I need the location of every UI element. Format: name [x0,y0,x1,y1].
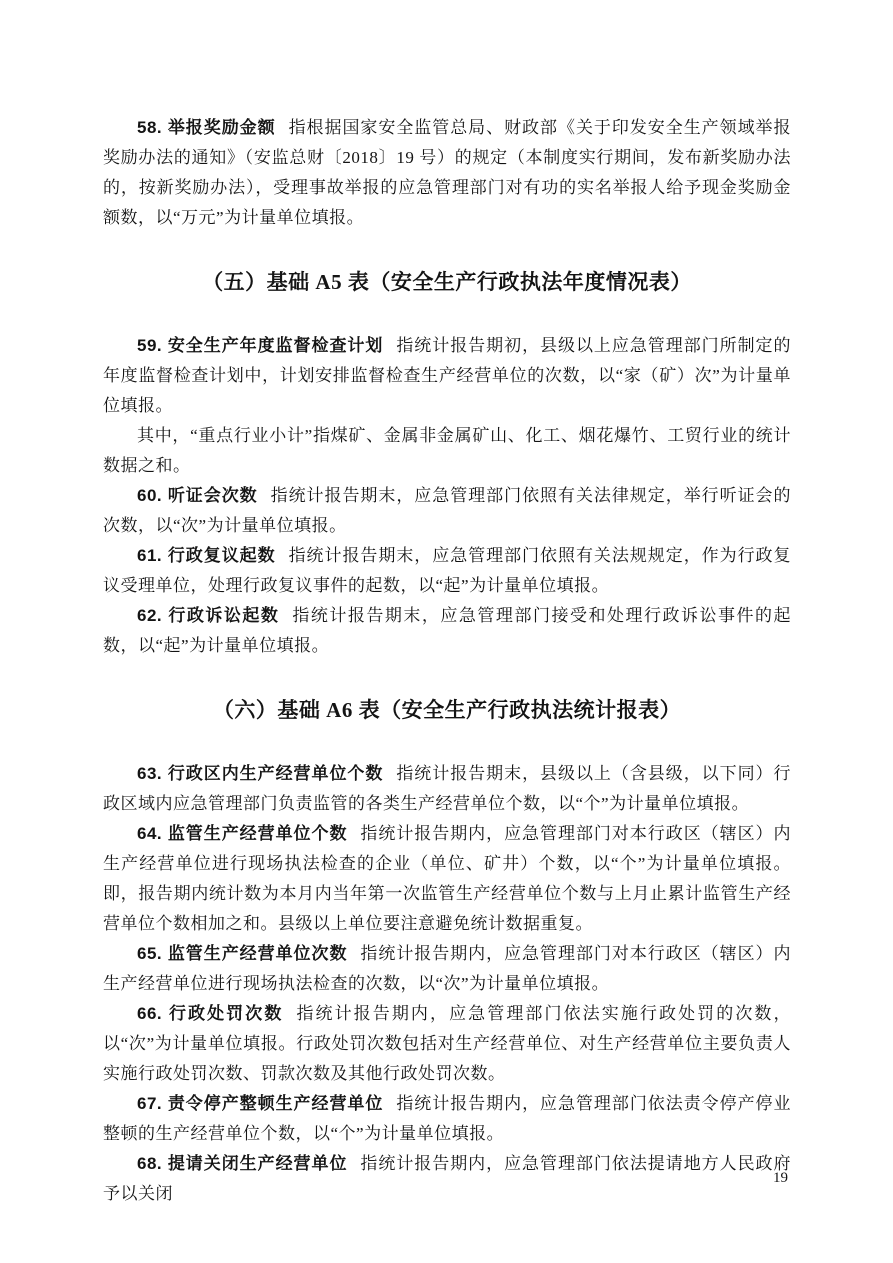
item-68-paragraph: 68. 提请关闭生产经营单位指统计报告期内，应急管理部门依法提请地方人民政府予以… [103,1149,791,1209]
item-66-paragraph: 66. 行政处罚次数指统计报告期内，应急管理部门依法实施行政处罚的次数，以“次”… [103,999,791,1089]
item-67-term: 67. 责令停产整顿生产经营单位 [137,1094,383,1113]
item-65-term: 65. 监管生产经营单位次数 [137,944,347,963]
item-64-paragraph: 64. 监管生产经营单位个数指统计报告期内，应急管理部门对本行政区（辖区）内生产… [103,819,791,939]
item-59-paragraph: 59. 安全生产年度监督检查计划指统计报告期初，县级以上应急管理部门所制定的年度… [103,331,791,421]
page-number: 19 [773,1168,788,1188]
item-59-note-paragraph: 其中，“重点行业小计”指煤矿、金属非金属矿山、化工、烟花爆竹、工贸行业的统计数据… [103,421,791,481]
item-67-paragraph: 67. 责令停产整顿生产经营单位指统计报告期内，应急管理部门依法责令停产停业整顿… [103,1089,791,1149]
item-60-paragraph: 60. 听证会次数指统计报告期末，应急管理部门依照有关法律规定，举行听证会的次数… [103,481,791,541]
item-65-paragraph: 65. 监管生产经营单位次数指统计报告期内，应急管理部门对本行政区（辖区）内生产… [103,939,791,999]
item-62-paragraph: 62. 行政诉讼起数指统计报告期末，应急管理部门接受和处理行政诉讼事件的起数，以… [103,601,791,661]
item-62-term: 62. 行政诉讼起数 [137,606,279,625]
item-63-paragraph: 63. 行政区内生产经营单位个数指统计报告期末，县级以上（含县级，以下同）行政区… [103,759,791,819]
item-60-term: 60. 听证会次数 [137,486,258,505]
item-66-term: 66. 行政处罚次数 [137,1004,283,1023]
item-58-paragraph: 58. 举报奖励金额指根据国家安全监管总局、财政部《关于印发安全生产领域举报奖励… [103,113,791,233]
item-64-term: 64. 监管生产经营单位个数 [137,824,347,843]
item-63-term: 63. 行政区内生产经营单位个数 [137,764,383,783]
item-68-term: 68. 提请关闭生产经营单位 [137,1154,347,1173]
item-59-term: 59. 安全生产年度监督检查计划 [137,336,383,355]
document-page: 58. 举报奖励金额指根据国家安全监管总局、财政部《关于印发安全生产领域举报奖励… [0,0,893,1263]
item-61-term: 61. 行政复议起数 [137,546,276,565]
section-6-heading: （六）基础 A6 表（安全生产行政执法统计报表） [103,695,791,726]
item-61-paragraph: 61. 行政复议起数指统计报告期末，应急管理部门依照有关法规规定，作为行政复议受… [103,541,791,601]
document-body: 58. 举报奖励金额指根据国家安全监管总局、财政部《关于印发安全生产领域举报奖励… [103,113,791,1209]
section-5-heading: （五）基础 A5 表（安全生产行政执法年度情况表） [103,267,791,298]
item-58-term: 58. 举报奖励金额 [137,118,276,137]
